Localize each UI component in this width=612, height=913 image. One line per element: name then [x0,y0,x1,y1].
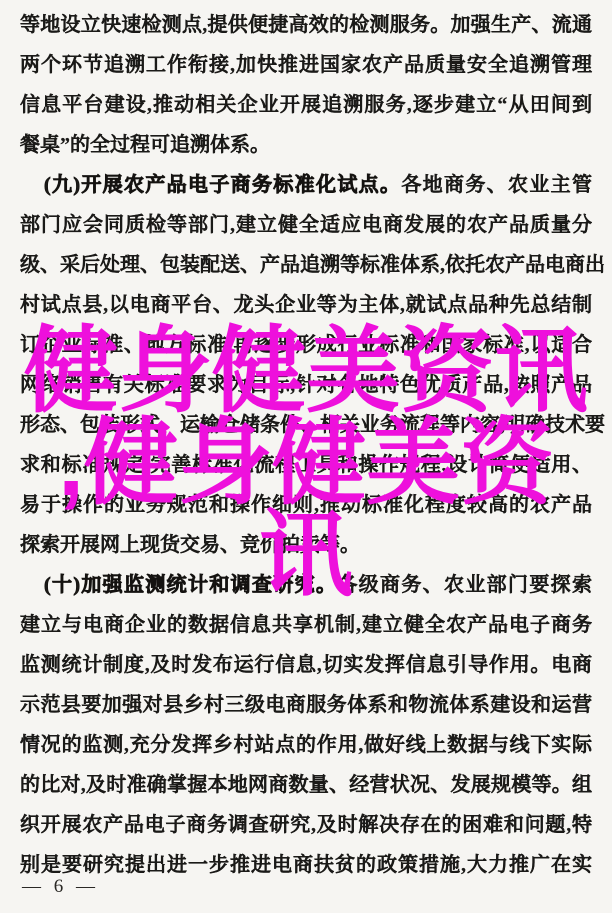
text-line: 别是要研究提出进一步推进电商扶贫的政策措施,大力推广在实 [20,845,592,885]
text-line: 示范县要加强对县乡村三级电商服务体系和物流体系建设和运营 [20,685,592,725]
watermark-overlay: 健身健美资讯 ,健身健美资 讯 [0,325,612,601]
text-line: 情况的监测,充分发挥乡村站点的作用,做好线上数据与线下实际 [20,725,592,765]
page-number: — 6 — [22,876,99,898]
section-heading-9: (九)开展农产品电子商务标准化试点。 [44,174,401,196]
text-line: 餐桌”的全过程可追溯体系。 [20,125,592,165]
text-line: 等地设立快速检测点,提供便捷高效的检测服务。加强生产、流通 [20,5,592,45]
text-line: 织开展农产品电子商务调查研究,及时解决存在的困难和问题,特 [20,805,592,845]
watermark-line: 讯 [0,509,612,601]
scanned-document-page: 等地设立快速检测点,提供便捷高效的检测服务。加强生产、流通 两个环节追溯工作衔接… [0,0,612,913]
text-line: 两个环节追溯工作衔接,加快推进国家农产品质量安全追溯管理 [20,45,592,85]
text-line: 的比对,及时准确掌握本地网商数量、经营状况、发展规模等。组 [20,765,592,805]
text-segment: 各地商务、农业主管 [401,174,592,196]
watermark-line: ,健身健美资 [0,417,612,509]
text-line: 监测统计制度,及时发布运行信息,切实发挥信息引导作用。电商 [20,645,592,685]
text-line: 级、采后处理、包装配送、产品追溯等标准体系,依托农产品电商出 [20,245,592,285]
watermark-line: 健身健美资讯 [0,325,612,417]
text-line: (九)开展农产品电子商务标准化试点。各地商务、农业主管 [20,165,592,205]
text-line: 信息平台建设,推动相关企业开展追溯服务,逐步建立“从田间到 [20,85,592,125]
text-line: 部门应会同质检等部门,建立健全适应电商发展的农产品质量分 [20,205,592,245]
text-line: 建立与电商企业的数据信息共享机制,建立健全农产品电子商务 [20,605,592,645]
